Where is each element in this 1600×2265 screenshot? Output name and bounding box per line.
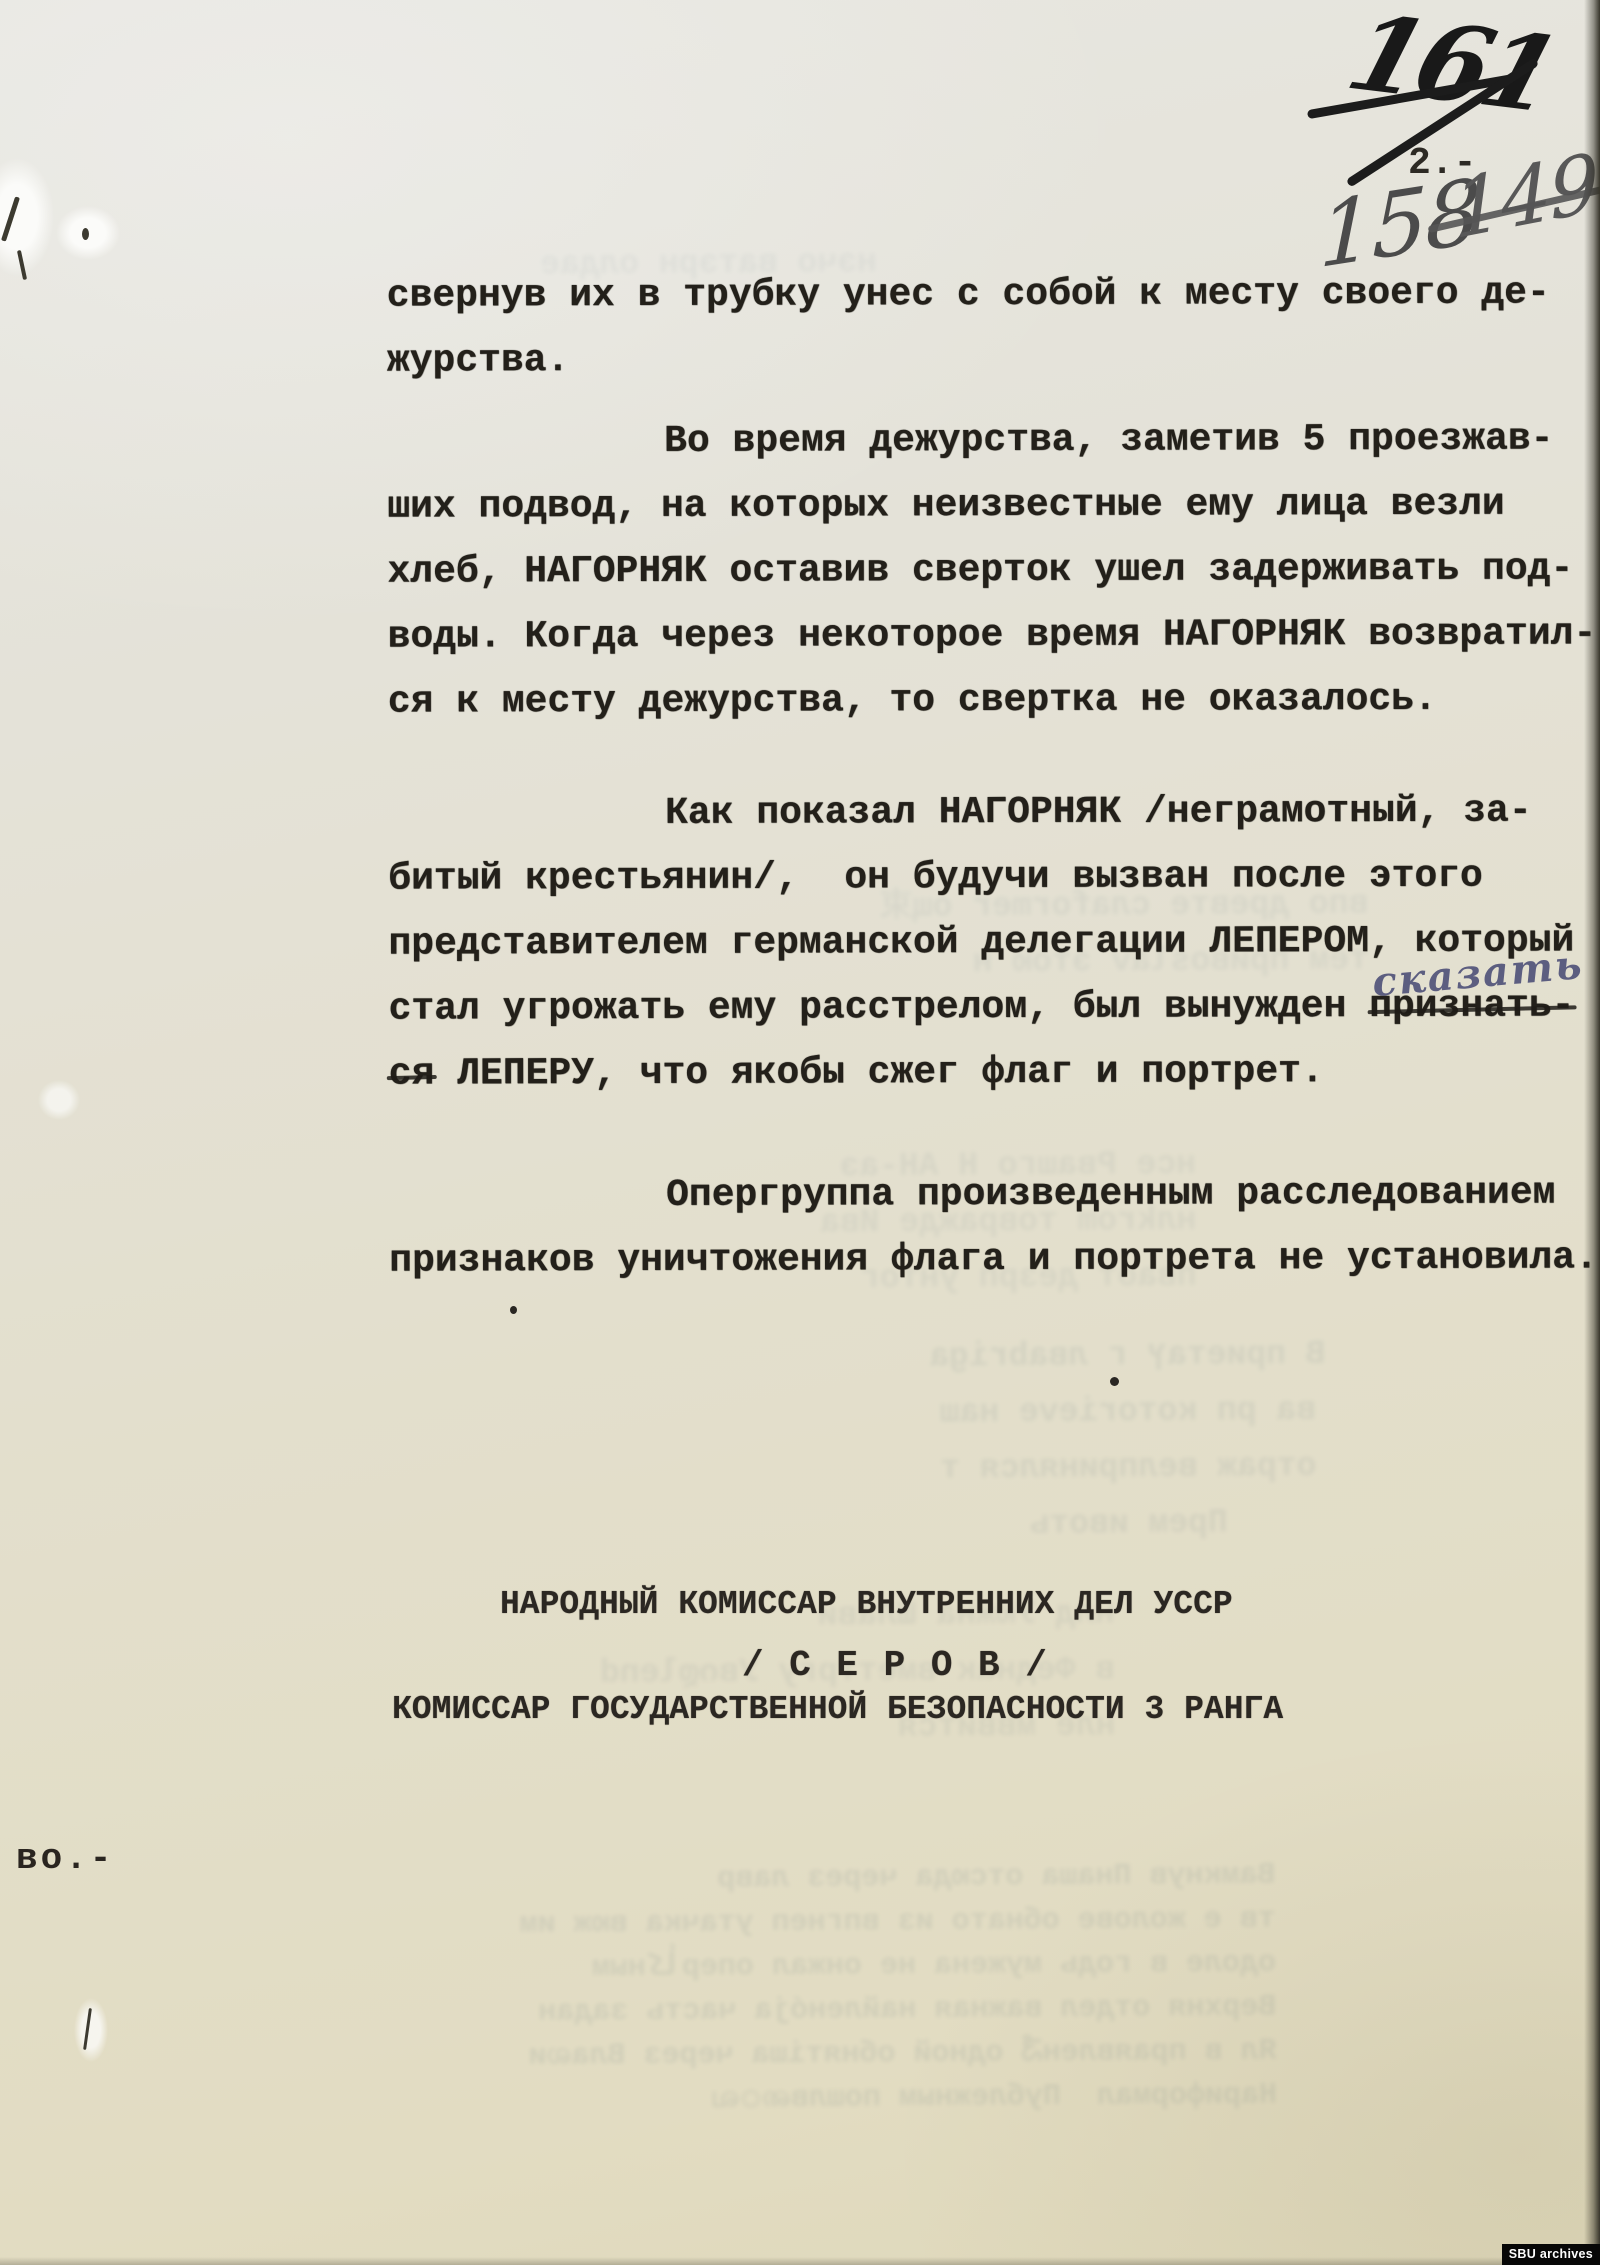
text-segment: Опергруппа произведенным расследованием <box>666 1172 1555 1217</box>
text-line: хлеб, НАГОРНЯК оставив сверток ушел заде… <box>387 536 1600 604</box>
text-segment: стал угрожать ему расстрелом, был вынужд… <box>389 985 1370 1031</box>
text-line: ших подвод, на которых неизвестные ему л… <box>387 471 1600 539</box>
paragraph: Опергруппа произведенным расследованиемп… <box>389 1160 1600 1293</box>
text-segment: Как показал НАГОРНЯК /неграмотный, за- <box>665 790 1532 835</box>
page-edge-shadow <box>1584 0 1600 2265</box>
paper-crease <box>82 228 89 240</box>
bottom-left-note: во.- <box>16 1838 114 1879</box>
text-line: Опергруппа произведенным расследованием <box>389 1160 1600 1228</box>
text-segment: ших подвод, на которых неизвестные ему л… <box>387 483 1504 529</box>
text-segment: Во время дежурства, заметив 5 проезжав- <box>664 418 1553 463</box>
text-segment: ЛЕПЕРУ, что якобы сжег флаг и портрет. <box>434 1050 1323 1095</box>
ink-dot <box>1110 1377 1119 1386</box>
text-segment: признаков уничтожения флага и портрета н… <box>389 1236 1598 1282</box>
text-segment: хлеб, НАГОРНЯК оставив сверток ушел заде… <box>387 547 1573 593</box>
signatory-name: / С Е Р О В / <box>742 1645 1049 1686</box>
page-edge-shadow <box>0 2257 1600 2265</box>
struck-text: ся <box>389 1052 435 1095</box>
paragraph: свернув их в трубку унес с собой к месту… <box>387 260 1600 393</box>
scanned-document-page: нэчо ватэрн олдае впо древте слаformer о… <box>0 0 1600 2265</box>
text-segment: воды. Когда через некоторое время НАГОРН… <box>388 612 1597 658</box>
paragraph: Во время дежурства, заметив 5 проезжав-ш… <box>387 406 1600 734</box>
text-segment: свернув их в трубку унес с собой к месту… <box>387 272 1550 318</box>
text-segment: журства. <box>387 339 570 382</box>
signatory-title-line: КОМИССАР ГОСУДАРСТВЕННОЙ БЕЗОПАСНОСТИ 3 … <box>392 1692 1342 1727</box>
text-line: битый крестьянин/, он будучи вызван посл… <box>388 843 1600 911</box>
bleedthrough-text: Вамкнув Пнаша отсюда через лавртв е жоло… <box>519 1853 1277 2122</box>
text-line: ся ЛЕПЕРУ, что якобы сжег флаг и портрет… <box>389 1038 1600 1106</box>
text-line: воды. Когда через некоторое время НАГОРН… <box>388 601 1600 669</box>
signatory-title-line: НАРОДНЫЙ КОМИССАР ВНУТРЕННИХ ДЕЛ УССР <box>392 1587 1342 1622</box>
text-segment: ся к месту дежурства, то свертка не оказ… <box>388 678 1437 724</box>
text-line: свернув их в трубку унес с собой к месту… <box>387 260 1600 328</box>
text-line: Как показал НАГОРНЯК /неграмотный, за- <box>388 778 1600 846</box>
text-line: ся к месту дежурства, то свертка не оказ… <box>388 666 1600 734</box>
ink-dot <box>510 1306 517 1314</box>
typed-body: свернув их в трубку унес с собой к месту… <box>387 260 1600 1293</box>
text-line: журства. <box>387 325 1600 393</box>
paragraph: Как показал НАГОРНЯК /неграмотный, за-би… <box>388 778 1600 1106</box>
text-line: Во время дежурства, заметив 5 проезжав- <box>387 406 1600 474</box>
text-segment: битый крестьянин/, он будучи вызван посл… <box>388 855 1483 901</box>
text-line: признаков уничтожения флага и портрета н… <box>389 1225 1600 1293</box>
archive-watermark: SBU archives <box>1502 2244 1600 2265</box>
paper-damage <box>38 1080 80 1120</box>
